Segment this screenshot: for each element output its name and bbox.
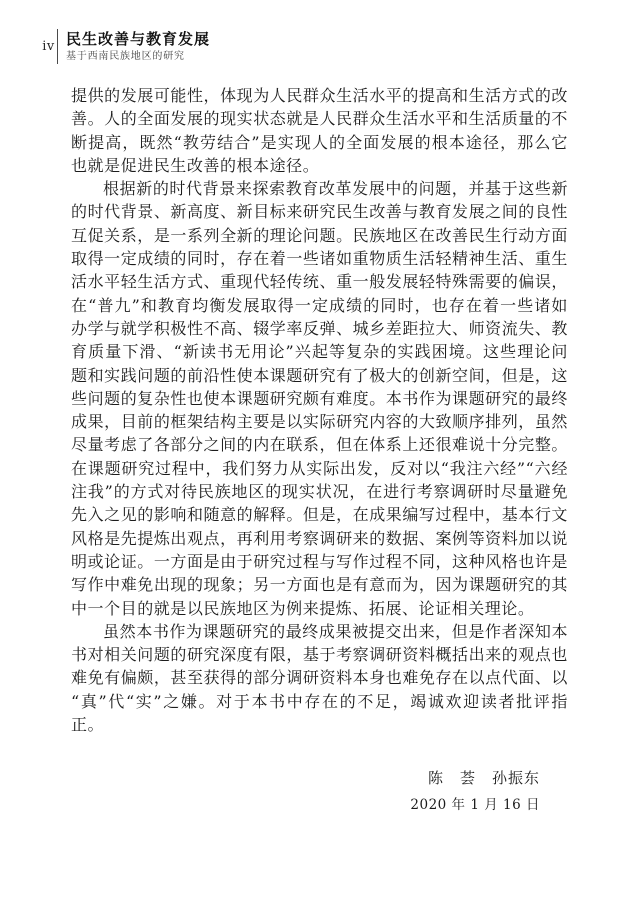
- page-number: iv: [40, 39, 57, 54]
- book-title: 民生改善与教育发展: [66, 31, 210, 48]
- page-body: 提供的发展可能性，体现为人民群众生活水平的提高和生活方式的改善。人的全面发展的现…: [71, 84, 568, 816]
- book-page: iv 民生改善与教育发展 基于西南民族地区的研究 提供的发展可能性，体现为人民群…: [0, 0, 638, 903]
- running-header: iv 民生改善与教育发展 基于西南民族地区的研究: [40, 29, 210, 64]
- paragraph: 根据新的时代背景来探索教育改革发展中的问题，并基于这些新的时代背景、新高度、新目…: [71, 177, 568, 620]
- paragraph: 虽然本书作为课题研究的最终成果被提交出来，但是作者深知本书对相关问题的研究深度有…: [71, 620, 568, 736]
- signature-block: 陈 荟 孙振东 2020 年 1 月 16 日: [71, 767, 568, 816]
- author-names: 陈 荟 孙振东: [71, 767, 540, 789]
- paragraph-continuation: 提供的发展可能性，体现为人民群众生活水平的提高和生活方式的改善。人的全面发展的现…: [71, 84, 568, 177]
- header-divider: [57, 29, 58, 64]
- header-titles: 民生改善与教育发展 基于西南民族地区的研究: [66, 31, 210, 62]
- book-subtitle: 基于西南民族地区的研究: [66, 51, 210, 62]
- signature-date: 2020 年 1 月 16 日: [71, 794, 540, 816]
